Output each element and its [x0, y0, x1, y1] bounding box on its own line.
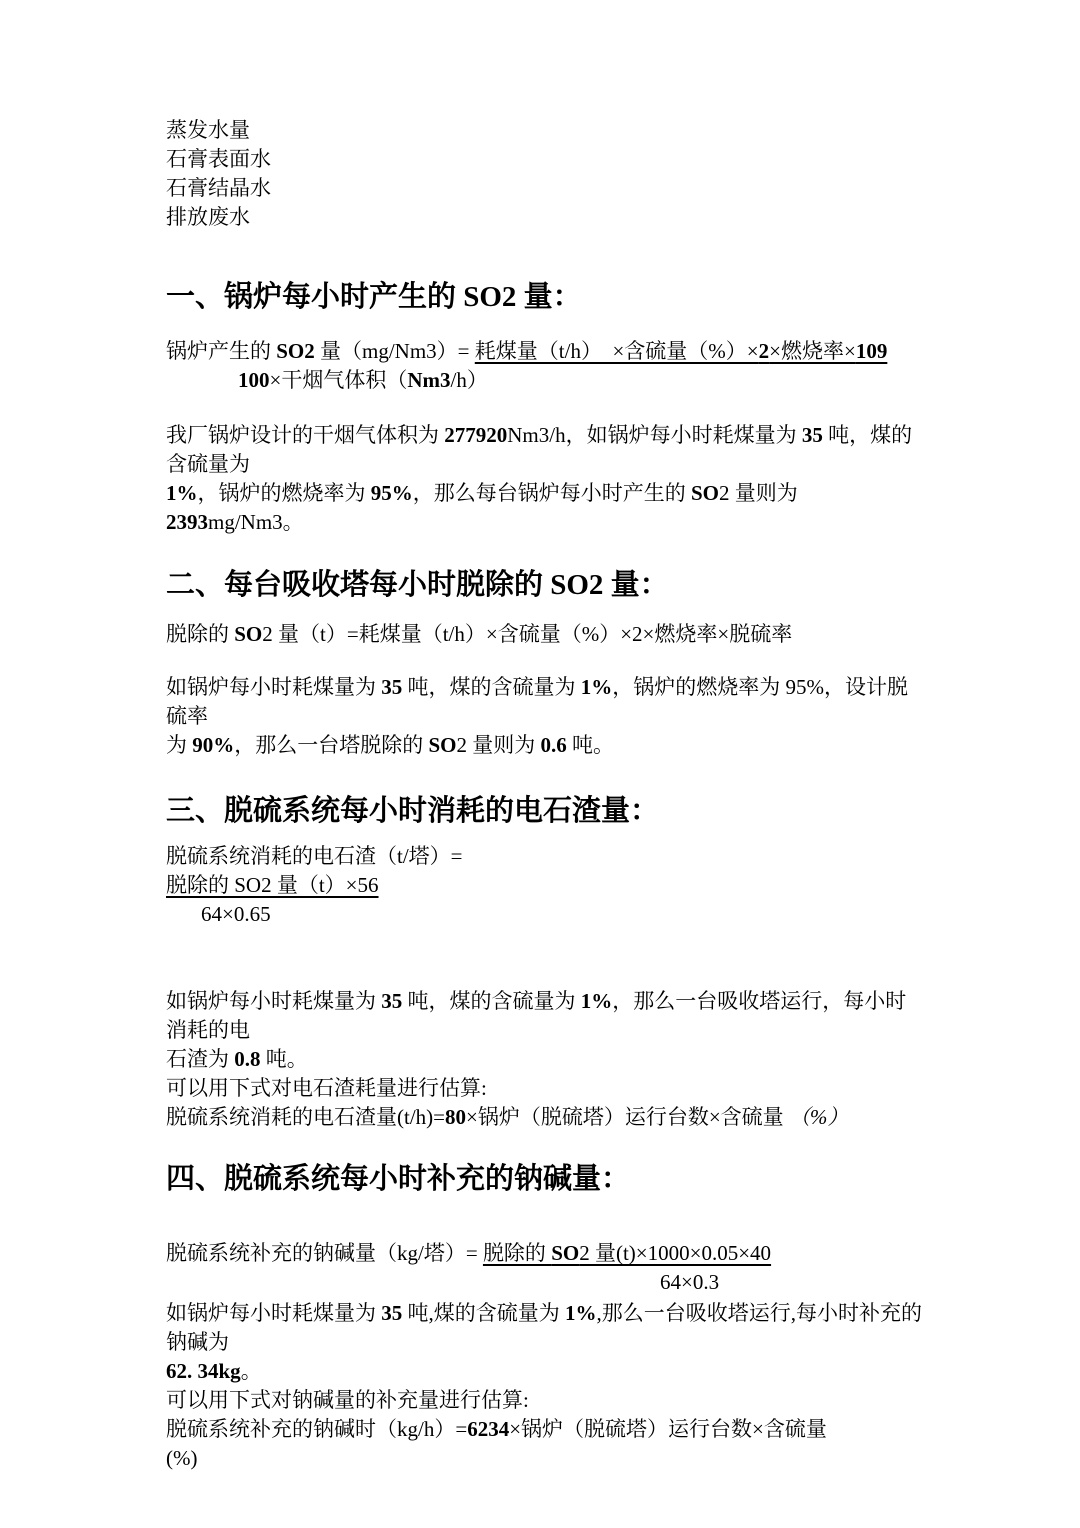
document-content: 蒸发水量 石膏表面水 石膏结晶水 排放废水 一、锅炉每小时产生的 SO2 量： … — [166, 116, 922, 1473]
section1-paragraph: 我厂锅炉设计的干烟气体积为 277920Nm3/h，如锅炉每小时耗煤量为 35 … — [166, 421, 922, 537]
text-run: 90% — [192, 733, 234, 757]
section3-heading: 三、脱硫系统每小时消耗的电石渣量： — [166, 794, 922, 829]
text-run: 2 — [759, 339, 770, 363]
section4-estimate-intro-line: 可以用下式对钠碱量的补充量进行估算: — [166, 1386, 922, 1415]
text-run: 35 — [802, 423, 823, 447]
document-page: 蒸发水量 石膏表面水 石膏结晶水 排放废水 一、锅炉每小时产生的 SO2 量： … — [0, 0, 1080, 1528]
text-run: 100 — [238, 368, 270, 392]
text-run: 2393 — [166, 510, 208, 534]
text-run: 277920 — [444, 423, 507, 447]
text-run: 1% — [581, 675, 613, 699]
text-run: 如锅炉每小时耗煤量为 — [166, 989, 381, 1013]
section1-formula-denominator-line: 100×干烟气体积（Nm3/h） — [166, 366, 922, 395]
text-run: 吨,煤的含硫量为 — [402, 1301, 565, 1325]
text-run: 脱除的 — [483, 1241, 551, 1265]
text-run: Nm3 — [407, 368, 450, 392]
section3-formula-numerator-line: 脱除的 SO2 量（t）×56 — [166, 871, 922, 900]
section3-estimate-intro-line: 可以用下式对电石渣耗量进行估算: — [166, 1074, 922, 1103]
section2-heading: 二、每台吸收塔每小时脱除的 SO2 量： — [166, 568, 922, 603]
text-run: SO — [429, 733, 457, 757]
text-run: SO — [551, 1241, 579, 1265]
section1-formula-numerator-line: 锅炉产生的 SO2 量（mg/Nm3）= 耗煤量（t/h） ×含硫量（%）×2×… — [166, 337, 922, 366]
section3-formula-denominator-line: 64×0.65 — [166, 900, 922, 929]
text-run: 35 — [381, 989, 402, 1013]
text-run: 62. 34kg — [166, 1359, 241, 1383]
text-run: 吨，煤的含硫量为 — [402, 989, 581, 1013]
text-run: 109 — [856, 339, 888, 363]
text-run: 锅炉产生的 — [166, 339, 276, 363]
text-run: SO2 — [276, 339, 315, 363]
text-run: 吨。 — [567, 733, 614, 757]
text-run: 2 量则为 — [457, 733, 541, 757]
section2-formula-line: 脱除的 SO2 量（t）=耗煤量（t/h）×含硫量（%）×2×燃烧率×脱硫率 — [166, 620, 922, 649]
section4-paragraph-line2: 62. 34kg。 — [166, 1357, 922, 1386]
section3-paragraph-line1: 如锅炉每小时耗煤量为 35 吨，煤的含硫量为 1%，那么一台吸收塔运行，每小时消… — [166, 987, 922, 1045]
text-run: ×燃烧率× — [769, 339, 856, 363]
text-run: ，那么每台锅炉每小时产生的 — [413, 481, 691, 505]
text-run: mg/Nm3。 — [208, 510, 304, 534]
text-run: 为 — [166, 733, 192, 757]
text-run: ，那么一台塔脱除的 — [234, 733, 428, 757]
text-run: 我厂锅炉设计的干烟气体积为 — [166, 423, 444, 447]
text-run: SO — [691, 481, 719, 505]
text-run: ×锅炉（脱硫塔）运行台数×含硫量 — [509, 1417, 827, 1441]
intro-line-gypsum-crystal-water: 石膏结晶水 — [166, 174, 922, 203]
text-run: ×干烟气体积（ — [270, 368, 408, 392]
section3-paragraph: 如锅炉每小时耗煤量为 35 吨，煤的含硫量为 1%，那么一台吸收塔运行，每小时消… — [166, 987, 922, 1132]
section3-paragraph-line2: 石渣为 0.8 吨。 — [166, 1045, 922, 1074]
section4-paragraph-line1: 如锅炉每小时耗煤量为 35 吨,煤的含硫量为 1%,那么一台吸收塔运行,每小时补… — [166, 1299, 922, 1357]
section1-paragraph-line2: 1%，锅炉的燃烧率为 95%，那么每台锅炉每小时产生的 SO2 量则为 2393… — [166, 479, 922, 537]
text-run: （%） — [789, 1105, 849, 1129]
section4-formula-denominator-line: 64×0.3 — [166, 1268, 922, 1297]
text-run: 6234 — [467, 1417, 509, 1441]
section4-formula-numerator-line: 脱硫系统补充的钠碱量（kg/塔）= 脱除的 SO2 量(t)×1000×0.05… — [166, 1239, 922, 1268]
text-run: /h） — [451, 368, 488, 392]
section4-heading: 四、脱硫系统每小时补充的钠碱量： — [166, 1162, 922, 1197]
text-run: 耗煤量（t/h） ×含硫量（%）× — [475, 339, 759, 363]
section1-heading: 一、锅炉每小时产生的 SO2 量： — [166, 280, 922, 315]
section2-paragraph-line2: 为 90%，那么一台塔脱除的 SO2 量则为 0.6 吨。 — [166, 731, 922, 760]
text-run: ×锅炉（脱硫塔）运行台数×含硫量 — [466, 1105, 789, 1129]
text-run: 80 — [445, 1105, 466, 1129]
text-run: 1% — [565, 1301, 597, 1325]
section1-paragraph-line1: 我厂锅炉设计的干烟气体积为 277920Nm3/h，如锅炉每小时耗煤量为 35 … — [166, 421, 922, 479]
text-run: 0.8 — [234, 1047, 260, 1071]
text-run: 吨。 — [261, 1047, 308, 1071]
intro-line-evaporation-water: 蒸发水量 — [166, 116, 922, 145]
text-run: 脱硫系统消耗的电石渣量(t/h)= — [166, 1105, 445, 1129]
text-run: 95% — [371, 481, 413, 505]
text-run: 石渣为 — [166, 1047, 234, 1071]
text-run: 35 — [381, 1301, 402, 1325]
text-run: 脱除的 — [166, 622, 234, 646]
section4-percent-line: (%) — [166, 1444, 922, 1473]
intro-line-gypsum-surface-water: 石膏表面水 — [166, 145, 922, 174]
text-run: 脱除的 SO2 量（t）×56 — [166, 873, 379, 897]
section2-paragraph: 如锅炉每小时耗煤量为 35 吨，煤的含硫量为 1%，锅炉的燃烧率为 95%，设计… — [166, 673, 922, 760]
text-run: 。 — [241, 1359, 262, 1383]
text-run: Nm3/h，如锅炉每小时耗煤量为 — [507, 423, 802, 447]
text-run: 脱硫系统补充的钠碱时（kg/h）= — [166, 1417, 467, 1441]
section2-paragraph-line1: 如锅炉每小时耗煤量为 35 吨，煤的含硫量为 1%，锅炉的燃烧率为 95%，设计… — [166, 673, 922, 731]
text-run: 脱硫系统补充的钠碱量（kg/塔）= — [166, 1241, 483, 1265]
text-run: SO — [234, 622, 262, 646]
text-run: 0.6 — [541, 733, 567, 757]
text-run: 如锅炉每小时耗煤量为 — [166, 675, 381, 699]
section4-paragraph: 如锅炉每小时耗煤量为 35 吨,煤的含硫量为 1%,那么一台吸收塔运行,每小时补… — [166, 1299, 922, 1473]
text-run: 量（mg/Nm3）= — [315, 339, 475, 363]
text-run: 1% — [581, 989, 613, 1013]
text-run: 2 量(t)×1000×0.05×40 — [579, 1241, 771, 1265]
section3-formula-intro-line: 脱硫系统消耗的电石渣（t/塔）= — [166, 842, 922, 871]
text-run: 如锅炉每小时耗煤量为 — [166, 1301, 381, 1325]
text-run: ，锅炉的燃烧率为 — [198, 481, 371, 505]
text-run: 吨，煤的含硫量为 — [402, 675, 581, 699]
text-run: 35 — [381, 675, 402, 699]
section4-estimate-formula-line: 脱硫系统补充的钠碱时（kg/h）=6234×锅炉（脱硫塔）运行台数×含硫量 — [166, 1415, 922, 1444]
text-run: 2 量则为 — [719, 481, 798, 505]
text-run: 1% — [166, 481, 198, 505]
text-run: 2 量（t）=耗煤量（t/h）×含硫量（%）×2×燃烧率×脱硫率 — [262, 622, 792, 646]
section3-estimate-formula-line: 脱硫系统消耗的电石渣量(t/h)=80×锅炉（脱硫塔）运行台数×含硫量 （%） — [166, 1103, 922, 1132]
intro-line-discharge-wastewater: 排放废水 — [166, 203, 922, 232]
